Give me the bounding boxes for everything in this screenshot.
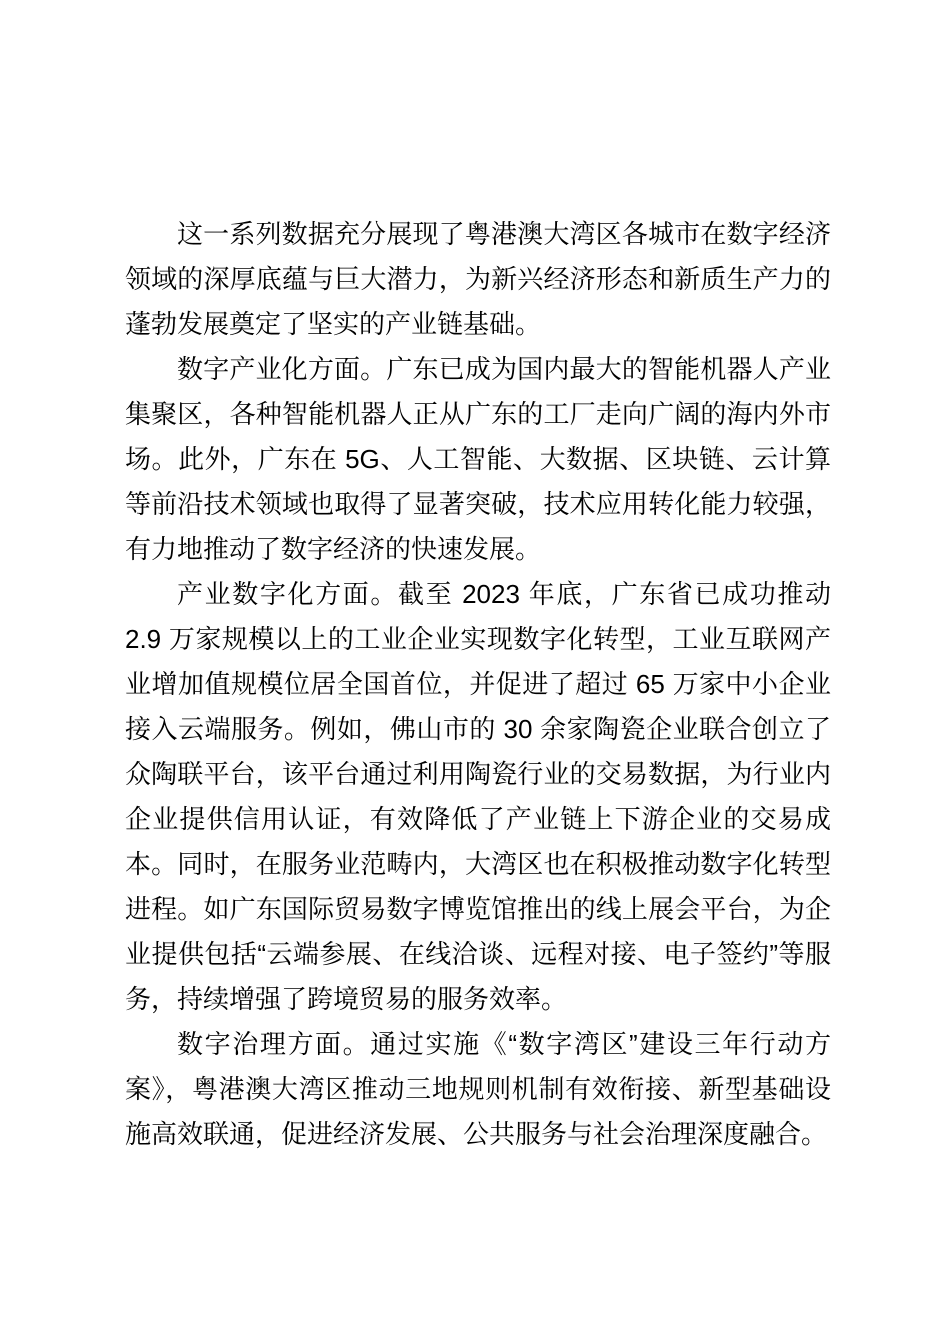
paragraph-overview: 这一系列数据充分展现了粤港澳大湾区各城市在数字经济领域的深厚底蕴与巨大潜力，为新… — [125, 212, 831, 347]
document-body: 这一系列数据充分展现了粤港澳大湾区各城市在数字经济领域的深厚底蕴与巨大潜力，为新… — [125, 212, 831, 1157]
paragraph-digital-governance: 数字治理方面。通过实施《“数字湾区”建设三年行动方案》，粤港澳大湾区推动三地规则… — [125, 1022, 831, 1157]
document-page: 这一系列数据充分展现了粤港澳大湾区各城市在数字经济领域的深厚底蕴与巨大潜力，为新… — [0, 0, 950, 1344]
paragraph-digital-industrialization: 数字产业化方面。广东已成为国内最大的智能机器人产业集聚区，各种智能机器人正从广东… — [125, 347, 831, 572]
paragraph-industrial-digitalization: 产业数字化方面。截至 2023 年底，广东省已成功推动 2.9 万家规模以上的工… — [125, 572, 831, 1022]
